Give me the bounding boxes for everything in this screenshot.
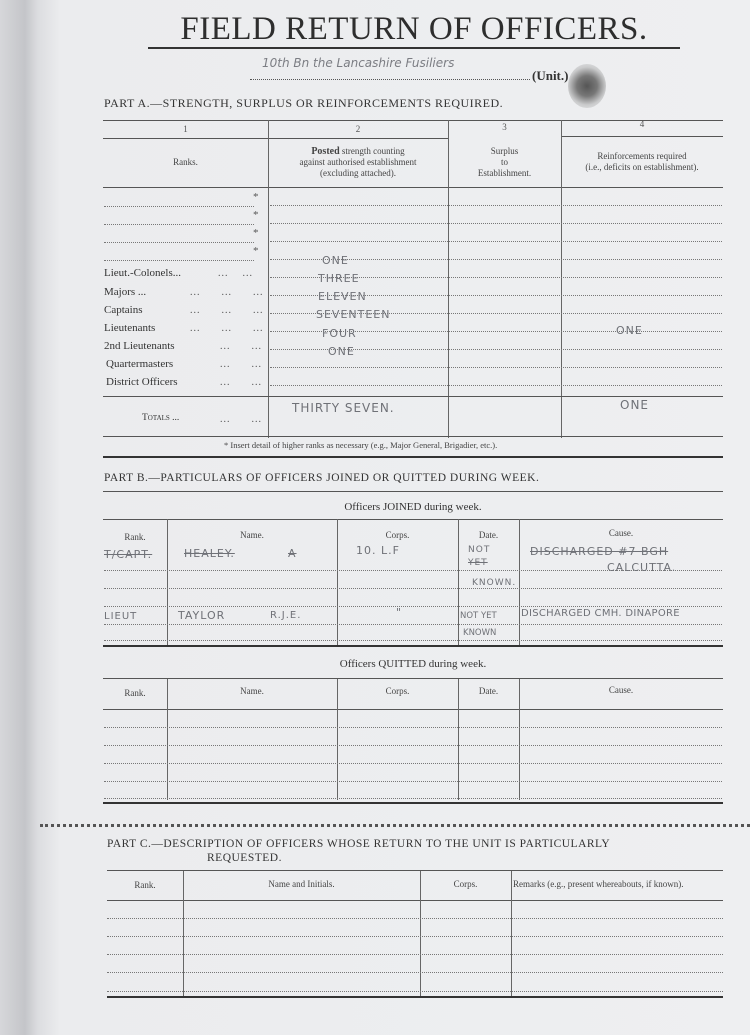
col-number-2: 2 [268,124,448,134]
totals-bottom-rule [103,436,723,437]
part-c-col-rank: Rank. [107,880,183,891]
part-a-header-rule [103,187,723,188]
joined-col-name: Name. [167,530,337,541]
joined-initials: A [288,547,297,560]
row-dotted-line [104,606,722,607]
joined-title: Officers JOINED during week. [103,501,723,513]
header-posted-l3: (excluding attached). [268,168,448,179]
header-surplus: Surplus to Establishment. [448,146,561,179]
quitted-col-name: Name. [167,686,337,697]
row-dotted-line [104,798,722,799]
rank-label-2nd-lieutenants: 2nd Lieutenants [104,340,175,352]
leader-dots: ... ... ... [190,323,264,334]
part-c-top-rule [107,870,723,871]
part-a-footnote: * Insert detail of higher ranks as neces… [224,440,497,450]
quitted-col-date: Date. [458,686,519,697]
leader-dots: ... ... [220,377,262,388]
joined-cause-l2: CALCUTTA. [607,561,676,574]
totals-posted: THIRTY SEVEN. [292,401,395,415]
asterisk-marker: * [253,227,259,239]
quitted-top-rule [103,678,723,679]
joined-initials: R.J.E. [270,610,301,621]
part-c-col-divider [511,871,512,998]
joined-date-l1: NOT [468,545,490,555]
part-b-heading: PART B.—PARTICULARS OF OFFICERS JOINED O… [104,472,539,484]
rank-label-captains: Captains [104,304,143,316]
part-a-colnum-rule-right [561,136,723,137]
perforation-line [40,824,750,827]
form-title: FIELD RETURN OF OFFICERS. [148,12,680,49]
reinforcements-2nd-lieutenants: ONE [616,324,643,337]
row-dotted-line [270,241,722,242]
ink-smudge [568,64,606,108]
row-dotted-line [270,205,722,206]
leader-dots: ... ... [220,359,262,370]
joined-name: HEALEY. [184,547,235,560]
posted-lieut-colonels: ONE [322,254,349,267]
totals-reinforcements: ONE [620,398,649,412]
joined-date-l1: NOT YET [460,611,497,621]
joined-rank: LIEUT [104,611,137,622]
header-surplus-l1: Surplus [448,146,561,157]
rank-label-lieut-colonels: Lieut.-Colonels... [104,267,181,279]
posted-majors: THREE [318,272,360,285]
unit-label: (Unit.) [532,68,568,84]
part-a-bottom-rule [103,456,723,458]
part-a-heading: PART A.—STRENGTH, SURPLUS OR REINFORCEME… [104,96,503,111]
row-dotted-line [104,588,722,589]
unit-value: 10th Bn the Lancashire Fusiliers [262,56,454,70]
rank-dotted-line [104,242,254,243]
part-c-heading-cont: REQUESTED. [207,852,282,864]
joined-col-cause: Cause. [519,528,723,539]
header-posted-l2: against authorised establishment [268,157,448,168]
row-dotted-line [270,367,722,368]
joined-date-l2: YET [468,558,488,568]
row-dotted-line [270,385,722,386]
rank-dotted-line [104,224,254,225]
row-dotted-line [107,954,723,955]
joined-cause: DISCHARGED CMH. DINAPORE [521,608,680,619]
asterisk-marker: * [253,209,259,221]
header-posted-bold: Posted [311,146,339,157]
header-posted-l1: strength counting [342,146,405,156]
part-c-col-name: Name and Initials. [183,879,420,890]
leader-dots: ... ... [218,268,253,279]
part-c-bottom-rule [107,996,723,998]
joined-date-l3: KNOWN. [472,578,516,588]
totals-label: Totals ... [142,413,179,423]
row-dotted-line [104,745,722,746]
row-dotted-line [104,781,722,782]
part-c-col-divider [183,871,184,998]
leader-dots: ... ... [220,414,262,425]
col-number-4: 4 [561,119,723,129]
row-dotted-line [107,936,723,937]
quitted-title: Officers QUITTED during week. [103,658,723,670]
row-dotted-line [107,972,723,973]
quitted-header-rule [103,709,723,710]
part-b-heading-rule [103,491,723,492]
header-posted-strength: Posted strength counting against authori… [268,146,448,179]
unit-field-line [250,79,530,80]
header-ranks: Ranks. [103,157,268,168]
posted-captains: ELEVEN [318,290,367,303]
header-reinf-l1: Reinforcements required [561,151,723,162]
joined-bottom-rule [103,645,723,647]
header-reinf-l2: (i.e., deficits on establishment). [561,162,723,173]
rank-label-quartermasters: Quartermasters [106,358,173,370]
rank-label-lieutenants: Lieutenants [104,322,155,334]
joined-top-rule [103,519,723,520]
joined-col-corps: Corps. [337,530,458,541]
rank-dotted-line [104,260,254,261]
totals-top-rule [103,396,723,397]
header-reinforcements: Reinforcements required (i.e., deficits … [561,151,723,173]
rank-dotted-line [104,206,254,207]
part-a-colnum-rule-left [103,138,448,139]
quitted-col-cause: Cause. [519,685,723,696]
posted-lieutenants: SEVENTEEN [316,308,390,321]
joined-col-date: Date. [458,530,519,541]
header-surplus-l3: Establishment. [448,168,561,179]
part-c-header-rule [107,900,723,901]
rank-label-majors: Majors ... [104,286,146,298]
leader-dots: ... ... ... [190,287,264,298]
leader-dots: ... ... ... [190,305,264,316]
part-c-heading: PART C.—DESCRIPTION OF OFFICERS WHOSE RE… [107,838,610,850]
quitted-bottom-rule [103,802,723,804]
joined-corps-ditto: " [396,606,402,619]
joined-cause-l1: DISCHARGED #7 BGH [530,545,668,558]
posted-2nd-lieutenants: FOUR [322,327,357,340]
row-dotted-line [104,763,722,764]
quitted-col-rank: Rank. [103,688,167,699]
row-dotted-line [107,991,723,992]
row-dotted-line [104,624,722,625]
header-surplus-l2: to [448,157,561,168]
asterisk-marker: * [253,191,259,203]
joined-corps: 10. L.F [356,544,400,557]
joined-col-rank: Rank. [103,532,167,543]
part-c-col-divider [420,871,421,998]
row-dotted-line [107,918,723,919]
col-number-1: 1 [103,124,268,134]
leader-dots: ... ... [220,341,262,352]
rank-label-district-officers: District Officers [106,376,178,388]
posted-quartermasters: ONE [328,345,355,358]
part-c-col-corps: Corps. [420,879,511,890]
col-number-3: 3 [448,122,561,132]
row-dotted-line [104,727,722,728]
asterisk-marker: * [253,245,259,257]
quitted-col-corps: Corps. [337,686,458,697]
joined-name: TAYLOR [178,609,225,622]
joined-date-l2: KNOWN [463,628,496,638]
part-c-col-remarks: Remarks (e.g., present whereabouts, if k… [513,879,723,890]
row-dotted-line [270,223,722,224]
row-dotted-line [104,640,722,641]
joined-rank: T/CAPT. [104,548,152,561]
